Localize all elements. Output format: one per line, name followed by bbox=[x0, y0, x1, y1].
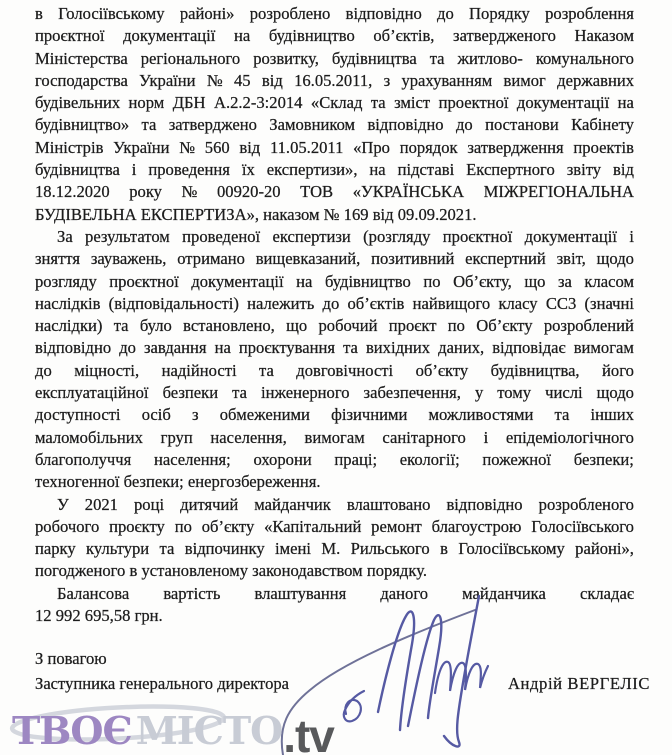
text-line: 18.12.2020року№00920-20ТОВ«УКРАЇНСЬКАМІЖ… bbox=[35, 181, 634, 203]
text-line: Балансовавартістьвлаштуванняданогомайдан… bbox=[35, 583, 634, 605]
text-line: благополуччянаселення;охоронипраці;еколо… bbox=[35, 449, 634, 471]
text-line: маломобільнихгрупнаселення,вимогамсаніта… bbox=[35, 427, 634, 449]
text-line: будівництваіпроведенняїхекспертизи»,напі… bbox=[35, 159, 634, 181]
document-page: вГолосіївськомурайоні»розробленовідповід… bbox=[0, 0, 672, 755]
watermark-text-tvoe: ТВОЄ bbox=[12, 713, 132, 749]
text-line: наслідків(відповідальності)належитьдооб’… bbox=[35, 293, 634, 315]
text-line: Зарезультатомпроведеноїекспертизи(розгля… bbox=[35, 226, 634, 248]
salutation-line: З повагою bbox=[35, 648, 634, 670]
text-line: техногенної безпеки; енергозбереження. bbox=[35, 471, 634, 493]
tvoemisto-watermark: ТВОЄ МІСТО .tv bbox=[12, 701, 334, 749]
signature-row: Заступника генерального директора Андрій… bbox=[35, 673, 650, 695]
text-line: будівництво»тазатвердженоЗамовникомвідпо… bbox=[35, 114, 634, 136]
watermark-text-misto: МІСТО bbox=[136, 713, 282, 749]
text-line: господарстваУкраїни№45від16.05.2011,зура… bbox=[35, 70, 634, 92]
closing-block: З повагою Заступника генерального директ… bbox=[0, 648, 672, 695]
text-line: 12 992 695,58 грн. bbox=[35, 605, 634, 627]
text-line: будівельнихнормДБНА.2.2-3:2014«Складтазм… bbox=[35, 92, 634, 114]
text-line: МіністрівУкраїни№560від11.05.2011«Пропор… bbox=[35, 137, 634, 159]
text-line: проєктноїдокументаціїнабудівництвооб’єкт… bbox=[35, 25, 634, 47]
signature-stroke bbox=[344, 691, 364, 721]
text-line: вГолосіївськомурайоні»розробленовідповід… bbox=[35, 3, 634, 25]
text-line: погодженого в установленому законодавств… bbox=[35, 560, 634, 582]
text-line: робочогопроєктупооб’єкту«Капітальнийремо… bbox=[35, 516, 634, 538]
text-line: зняттязауважень,отримановищевказаний,поз… bbox=[35, 248, 634, 270]
signer-name: Андрій ВЕРГЕЛІС bbox=[508, 673, 650, 695]
text-line: Міністерстварегіональногорозвитку,будівн… bbox=[35, 48, 634, 70]
document-body: вГолосіївськомурайоні»розробленовідповід… bbox=[0, 0, 672, 627]
text-line: БУДІВЕЛЬНА ЕКСПЕРТИЗА», наказом № 169 ві… bbox=[35, 204, 634, 226]
watermark-text-tv: .tv bbox=[283, 718, 334, 754]
text-line: доміцності,надійностітадовговічностіоб’є… bbox=[35, 360, 634, 382]
text-line: доступностіосібзобмеженимифізичнимиможли… bbox=[35, 404, 634, 426]
text-line: У2021роцідитячиймайданчиквлаштовановідпо… bbox=[35, 494, 634, 516]
text-line: наслідки)табуловстановлено,щоробочийпроє… bbox=[35, 315, 634, 337]
signer-position: Заступника генерального директора bbox=[35, 673, 289, 695]
text-line: експлуатаційноїбезпекитаінженерногозабез… bbox=[35, 382, 634, 404]
text-line: паркукультуритавідпочинкуіменіМ.Рильсько… bbox=[35, 538, 634, 560]
text-line: відповіднодозавданнянапроєктуваннятавихі… bbox=[35, 337, 634, 359]
text-line: розглядупроєктноїдокументаціїнабудівницт… bbox=[35, 271, 634, 293]
